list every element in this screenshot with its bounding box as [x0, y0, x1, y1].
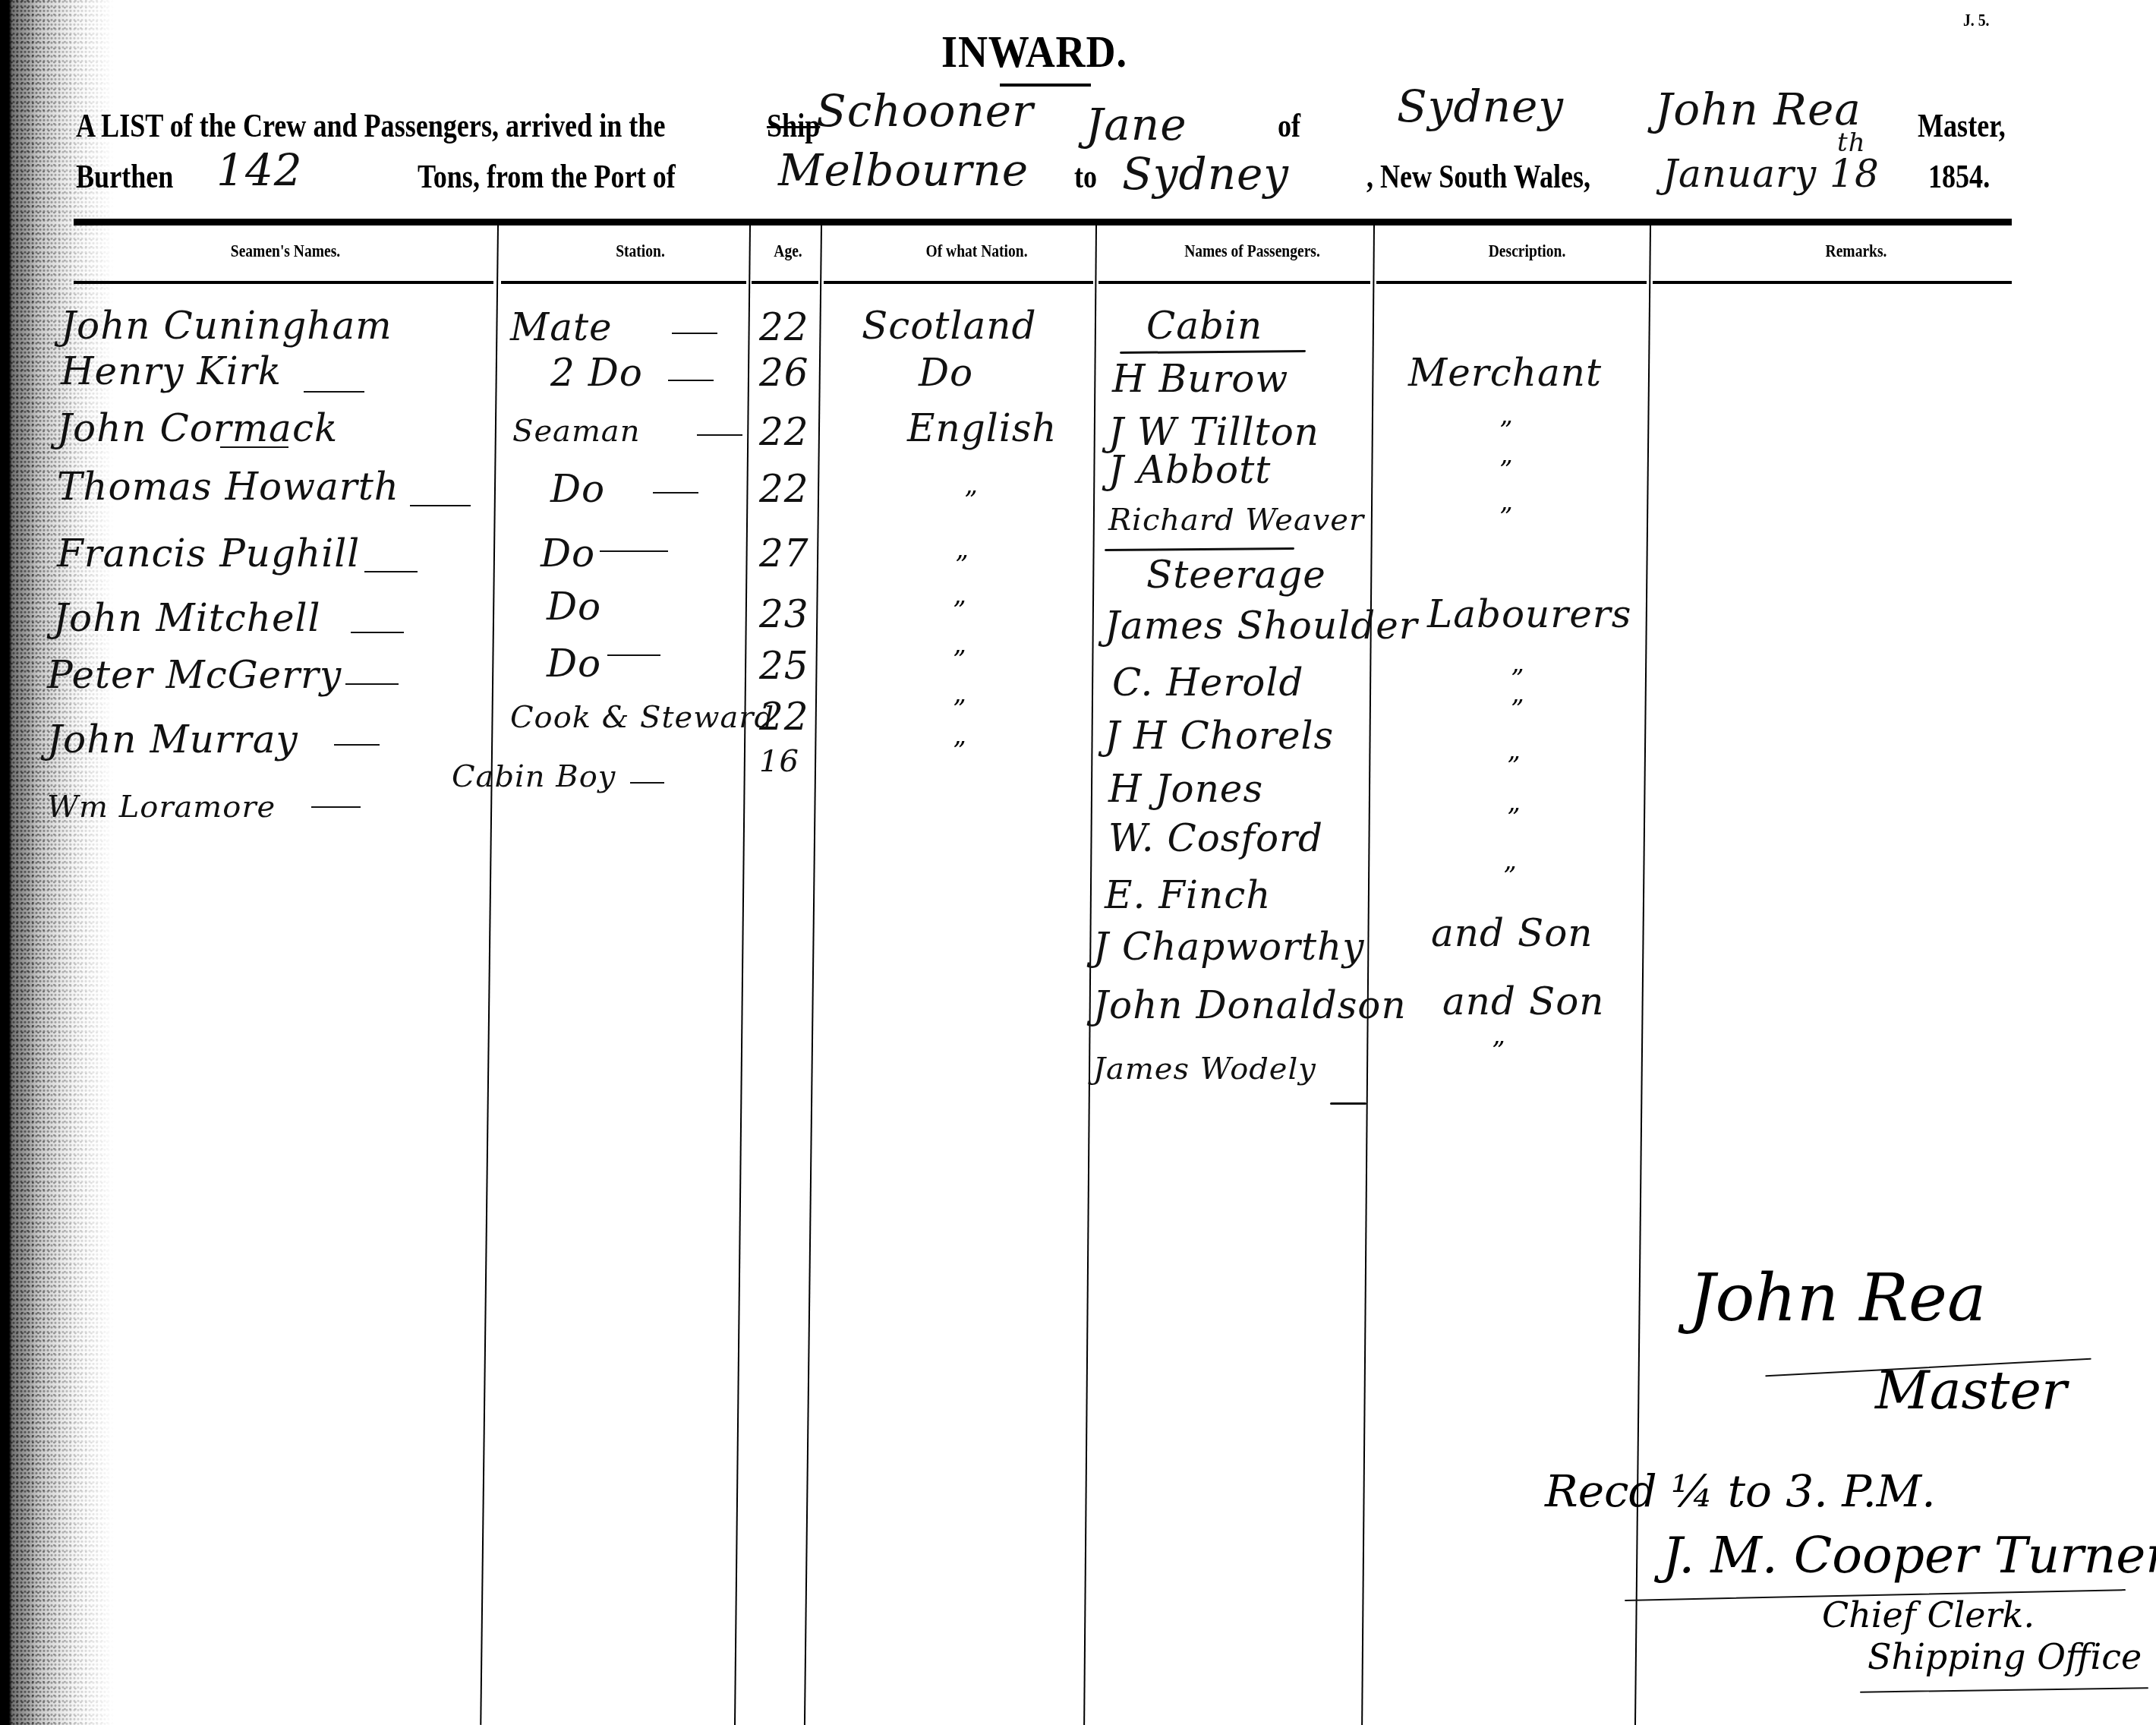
crew-station: Seaman — [512, 414, 640, 449]
passenger-name: E. Finch — [1105, 873, 1271, 917]
master-label: Master, — [1918, 106, 2006, 145]
column-header-description: Description. — [1423, 241, 1631, 261]
passenger-name: C. Herold — [1112, 661, 1303, 705]
cabin-heading: Cabin — [1146, 304, 1262, 348]
filler-dash — [410, 505, 471, 506]
column-header-age: Age. — [760, 241, 815, 261]
ditto-mark: ” — [1507, 803, 1520, 834]
crew-station: Do — [547, 585, 601, 629]
filler-dash — [304, 391, 364, 393]
crew-age: 27 — [759, 531, 809, 576]
arrival-date: January 18 — [1663, 152, 1880, 196]
master-title: Master — [1875, 1359, 2066, 1421]
to-port: Sydney — [1122, 148, 1289, 200]
passenger-name: J Chapworthy — [1093, 925, 1365, 969]
home-port: Sydney — [1397, 80, 1564, 132]
header-bottom-rule — [1376, 281, 1647, 284]
burthen-tons: 142 — [216, 144, 303, 196]
clerk-signature: J. M. Cooper Turner — [1663, 1526, 2156, 1585]
filler-dash — [220, 446, 288, 448]
crew-nation: English — [907, 406, 1058, 450]
clerk-office: Shipping Office — [1868, 1636, 2142, 1677]
header-bottom-rule — [74, 281, 493, 284]
crew-name: Henry Kirk — [61, 349, 282, 393]
passenger-description: Labourers — [1427, 592, 1631, 636]
passenger-name: H Burow — [1112, 357, 1288, 401]
ditto-mark: ” — [953, 645, 966, 676]
crew-name: John Murray — [47, 717, 298, 762]
passenger-name: Richard Weaver — [1108, 503, 1364, 538]
ditto-mark: ” — [1511, 664, 1524, 695]
filler-dash — [600, 550, 668, 552]
table-top-rule — [74, 219, 2012, 225]
ditto-mark: ” — [953, 596, 966, 626]
column-header-nation: Of what Nation. — [875, 241, 1077, 261]
filler-dash — [364, 571, 418, 572]
crew-station: Do — [550, 467, 605, 511]
steerage-heading: Steerage — [1146, 553, 1326, 597]
crew-name: John Cuningham — [61, 304, 392, 348]
crew-name: Peter McGerry — [47, 653, 342, 697]
vessel-type: Schooner — [816, 85, 1034, 137]
crew-age: 22 — [759, 467, 809, 511]
master-name: John Rea — [1655, 84, 1861, 135]
crew-name: John Mitchell — [53, 596, 321, 640]
filler-dash — [334, 744, 380, 746]
passenger-name: James Shoulder — [1105, 604, 1418, 648]
crew-age: 22 — [759, 695, 809, 739]
filler-dash — [630, 782, 664, 784]
filler-dash — [311, 806, 361, 808]
clerk-office-underline — [1860, 1687, 2148, 1692]
crew-station: Do — [541, 531, 595, 576]
ditto-mark: ” — [955, 550, 968, 581]
received-note: Recd ¼ to 3. P.M. — [1545, 1465, 1936, 1517]
crew-age: 22 — [759, 410, 809, 454]
nsw-label: , New South Wales, — [1366, 157, 1590, 196]
crew-station: Mate — [510, 305, 613, 349]
ditto-mark: ” — [1511, 695, 1524, 725]
crew-age: 22 — [759, 305, 809, 349]
crew-name: Thomas Howarth — [57, 465, 399, 509]
vessel-type-struck: Ship — [767, 106, 820, 145]
tons-label: Tons, from the Port of — [418, 157, 676, 196]
ditto-mark: ” — [964, 486, 977, 516]
header-line1-prefix: A LIST of the Crew and Passengers, arriv… — [76, 106, 665, 145]
column-header-remarks: Remarks. — [1724, 241, 1989, 261]
filler-dash — [672, 333, 717, 334]
filler-dash — [345, 683, 399, 685]
passenger-description: and Son — [1431, 911, 1593, 955]
crew-name: Francis Pughill — [57, 531, 360, 576]
crew-age: 25 — [759, 644, 809, 688]
crew-station: Cabin Boy — [452, 759, 616, 794]
ditto-mark: ” — [1507, 752, 1520, 782]
master-signature: John Rea — [1689, 1260, 1986, 1336]
header-bottom-rule — [824, 281, 1093, 284]
to-label: to — [1074, 157, 1097, 196]
ditto-mark: ” — [953, 695, 966, 725]
from-port: Melbourne — [778, 144, 1029, 196]
burthen-label: Burthen — [76, 157, 173, 196]
filler-dash — [653, 492, 698, 494]
filler-dash — [697, 434, 742, 436]
vessel-name: Jane — [1086, 99, 1187, 150]
crew-age: 16 — [759, 744, 799, 779]
crew-name: Wm Loramore — [47, 790, 276, 825]
passenger-name: James Wodely — [1093, 1052, 1316, 1086]
crew-station: Cook & Steward — [510, 700, 774, 735]
header-bottom-rule — [1098, 281, 1370, 284]
passenger-description: and Son — [1442, 979, 1604, 1023]
crew-station: 2 Do — [550, 351, 643, 395]
of-label: of — [1278, 106, 1300, 145]
passenger-name: John Donaldson — [1093, 983, 1407, 1027]
passenger-name: J H Chorels — [1105, 714, 1334, 758]
steerage-divider — [1105, 547, 1294, 551]
ditto-mark: ” — [1499, 416, 1512, 446]
ditto-mark: ” — [1492, 1036, 1505, 1067]
passenger-description: Merchant — [1408, 351, 1602, 395]
form-code: J. 5. — [1963, 11, 1989, 31]
column-header-passenger-names: Names of Passengers. — [1149, 241, 1355, 261]
ditto-mark: ” — [1503, 862, 1516, 892]
clerk-title: Chief Clerk. — [1822, 1594, 2035, 1635]
column-divider — [1361, 225, 1375, 1725]
document-title: INWARD. — [941, 26, 1127, 78]
cabin-underline — [1120, 350, 1306, 354]
header-bottom-rule — [1653, 281, 2012, 284]
filler-dash — [607, 654, 660, 656]
passenger-name: H Jones — [1108, 767, 1263, 811]
arrival-date-suffix: th — [1837, 128, 1866, 158]
filler-dash — [351, 632, 404, 633]
passenger-name: W. Cosford — [1108, 816, 1323, 860]
ditto-mark: ” — [1499, 503, 1512, 533]
filler-dash — [668, 380, 714, 381]
crew-station: Do — [547, 642, 601, 686]
header-bottom-rule — [752, 281, 818, 284]
header-bottom-rule — [501, 281, 746, 284]
ditto-mark: ” — [953, 736, 966, 767]
column-header-seamens-names: Seamen's Names. — [106, 241, 465, 261]
column-header-station: Station. — [548, 241, 733, 261]
crew-nation: Do — [919, 351, 973, 395]
crew-age: 23 — [759, 592, 809, 636]
crew-name: John Cormack — [57, 406, 338, 450]
column-divider — [734, 225, 751, 1725]
column-divider — [1083, 225, 1097, 1725]
scan-edge-fade — [0, 0, 114, 1725]
column-divider — [480, 225, 499, 1725]
passenger-name: J Abbott — [1108, 448, 1271, 492]
passenger-list-end-mark — [1330, 1102, 1366, 1105]
crew-nation: Scotland — [862, 304, 1036, 348]
ditto-mark: ” — [1499, 456, 1512, 486]
arrival-year: 1854. — [1928, 157, 1990, 196]
crew-age: 26 — [759, 351, 809, 395]
